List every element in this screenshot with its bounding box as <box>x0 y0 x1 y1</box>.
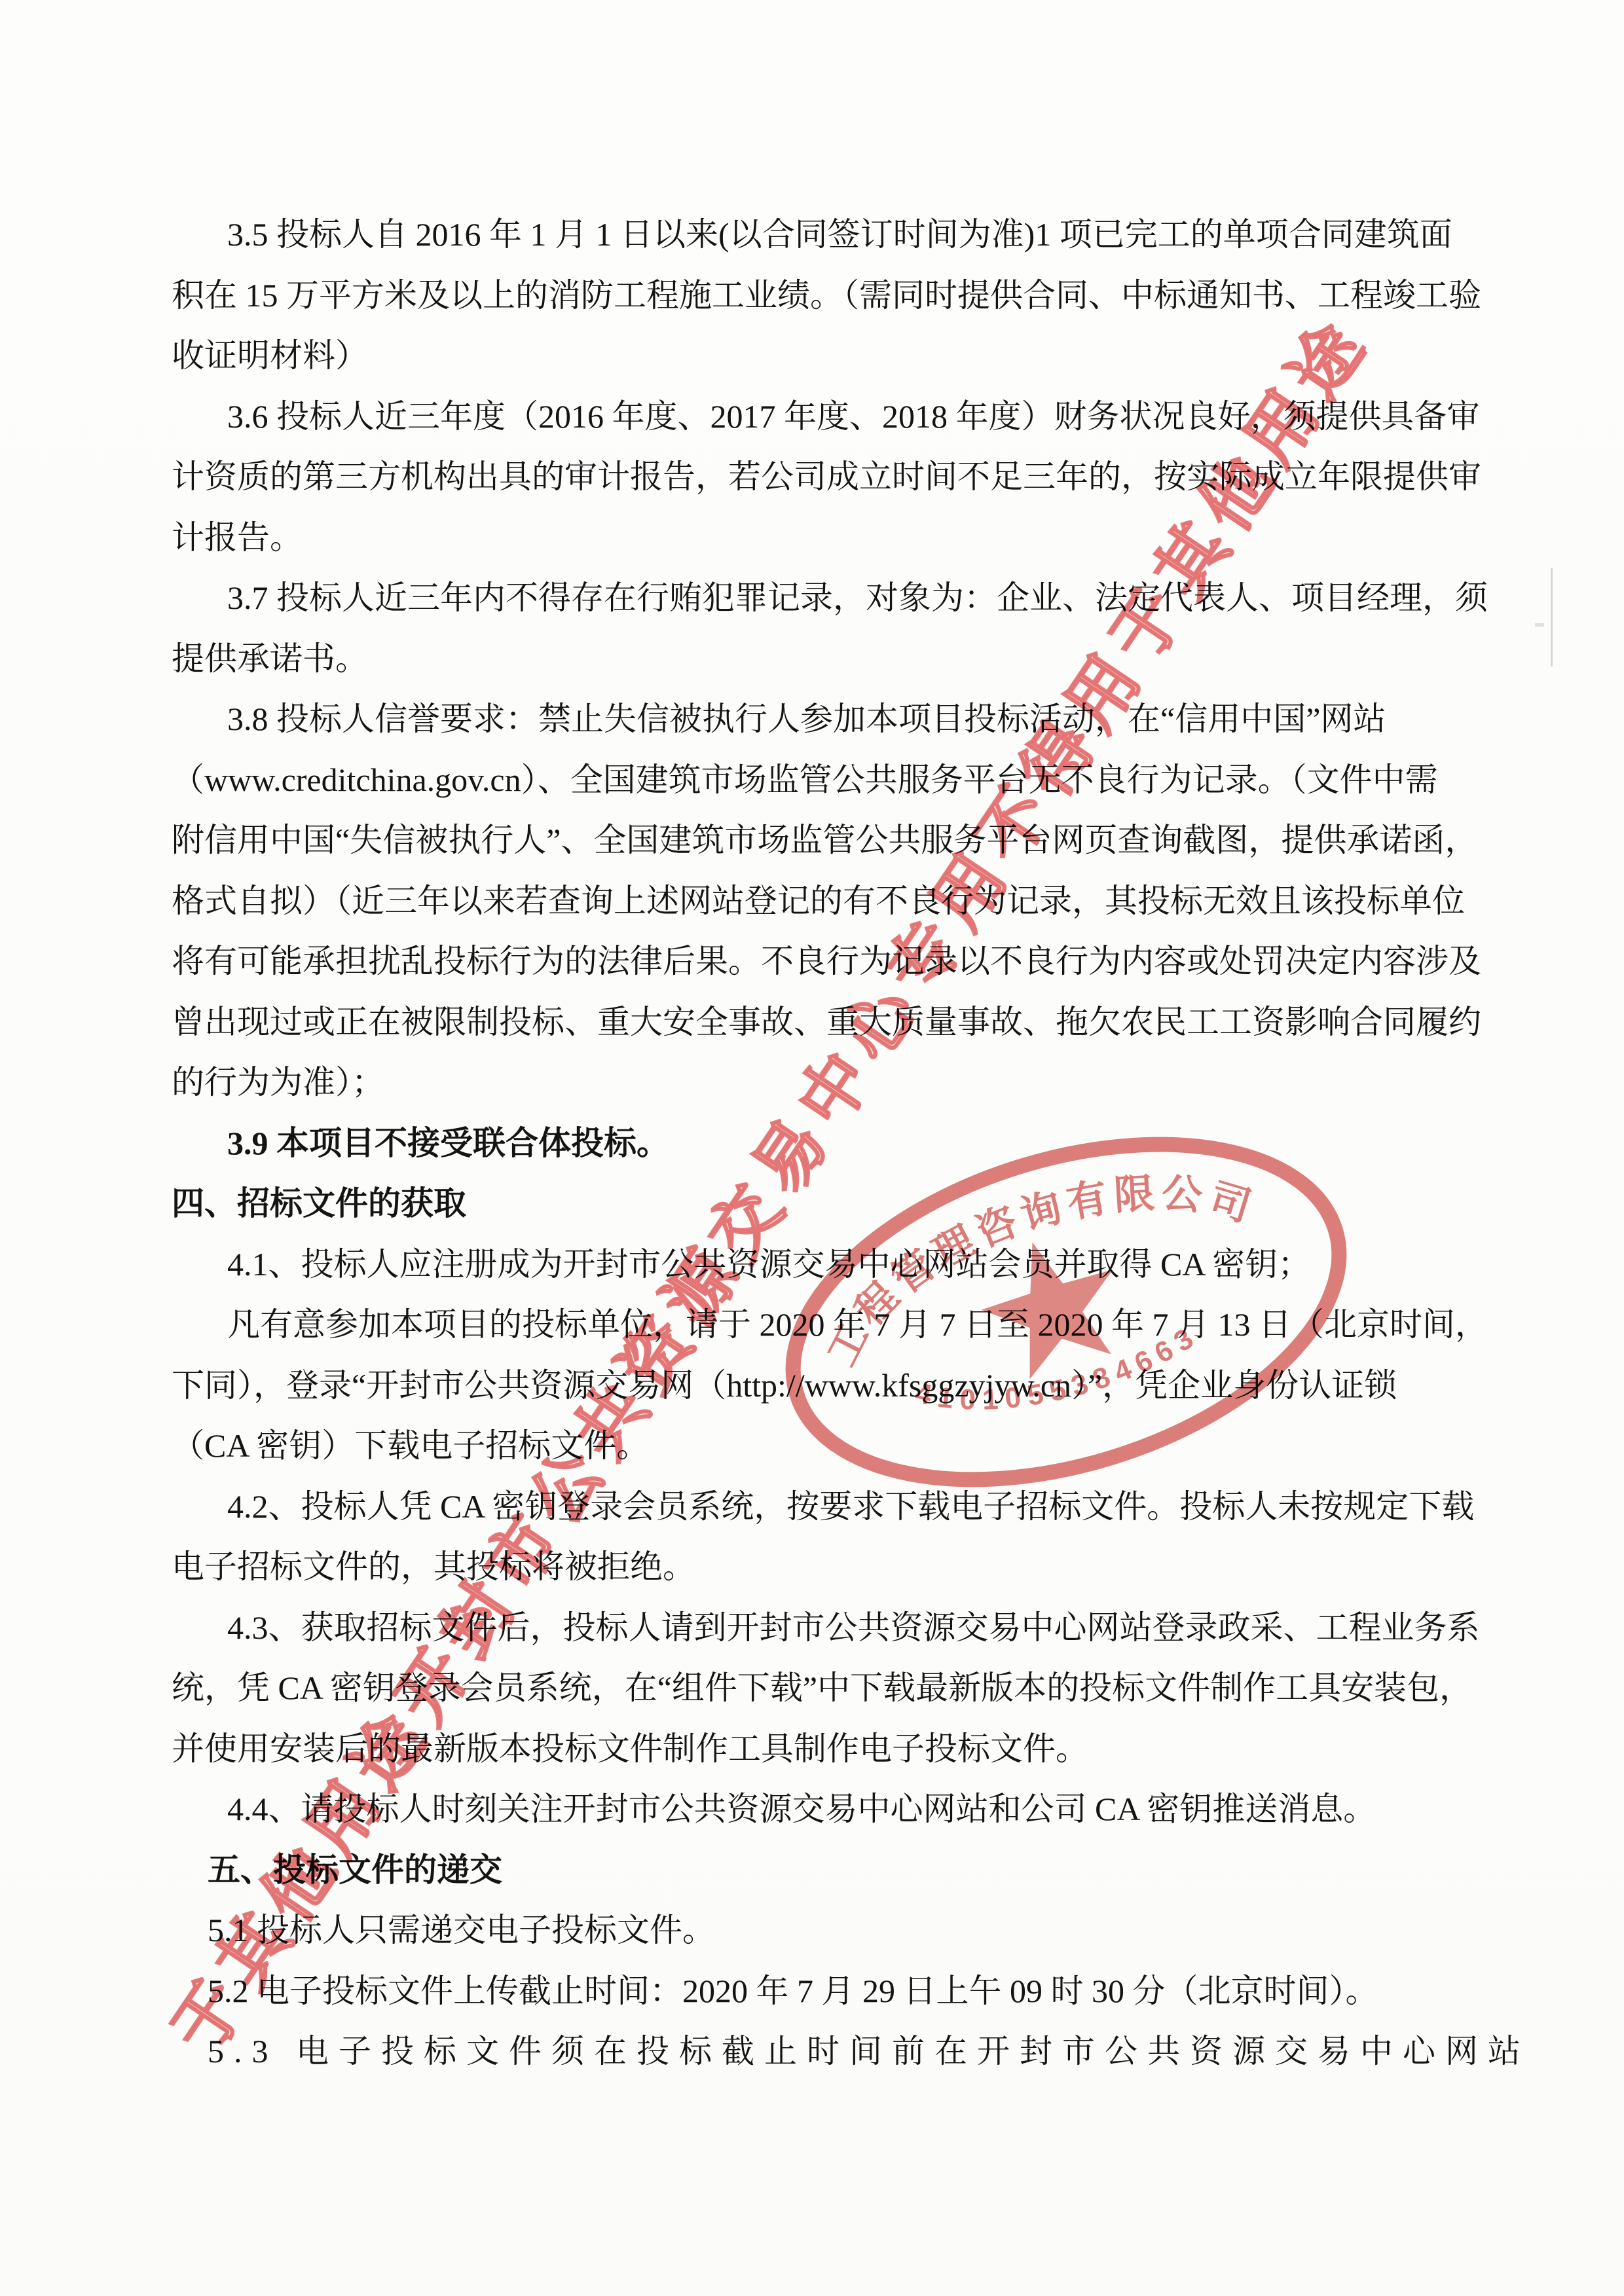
document-line: 并使用安装后的最新版本投标文件制作工具制作电子投标文件。 <box>172 1719 1452 1779</box>
document-line: 五、投标文件的递交 <box>172 1840 1452 1901</box>
document-line: 凡有意参加本项目的投标单位，请于 2020 年 7 月 7 日至 2020 年 … <box>172 1294 1452 1355</box>
document-line: 附信用中国“失信被执行人”、全国建筑市场监管公共服务平台网页查询截图，提供承诺函… <box>172 810 1452 871</box>
document-line: 积在 15 万平方米及以上的消防工程施工业绩。（需同时提供合同、中标通知书、工程… <box>172 265 1452 326</box>
document-line: 5.3 电子投标文件须在投标截止时间前在开封市公共资源交易中心网站 <box>172 2021 1452 2082</box>
document-line: 收证明材料） <box>172 325 1452 386</box>
document-line: 4.1、投标人应注册成为开封市公共资源交易中心网站会员并取得 CA 密钥； <box>172 1234 1452 1295</box>
document-line: （CA 密钥）下载电子招标文件。 <box>172 1415 1452 1476</box>
scan-artifact-dot <box>1535 623 1544 627</box>
document-line: 曾出现过或正在被限制投标、重大安全事故、重大质量事故、拖欠农民工工资影响合同履约 <box>172 992 1452 1053</box>
document-line: 电子招标文件的，其投标将被拒绝。 <box>172 1537 1452 1597</box>
document-line: 3.5 投标人自 2016 年 1 月 1 日以来(以合同签订时间为准)1 项已… <box>172 204 1452 265</box>
document-line: 4.2、投标人凭 CA 密钥登录会员系统，按要求下载电子招标文件。投标人未按规定… <box>172 1476 1452 1537</box>
document-line: 统，凭 CA 密钥登录会员系统，在“组件下载”中下载最新版本的投标文件制作工具安… <box>172 1658 1452 1719</box>
document-line: 3.7 投标人近三年内不得存在行贿犯罪记录，对象为：企业、法定代表人、项目经理，… <box>172 568 1452 629</box>
document-line: 下同），登录“开封市公共资源交易网（http://www.kfsggzyjyw.… <box>172 1355 1452 1416</box>
document-line: 4.3、获取招标文件后，投标人请到开封市公共资源交易中心网站登录政采、工程业务系 <box>172 1597 1452 1658</box>
document-line: 3.6 投标人近三年度（2016 年度、2017 年度、2018 年度）财务状况… <box>172 386 1452 447</box>
document-line: 格式自拟）（近三年以来若查询上述网站登记的有不良行为记录，其投标无效且该投标单位 <box>172 871 1452 932</box>
document-line: 提供承诺书。 <box>172 629 1452 689</box>
document-line: 的行为为准）； <box>172 1052 1452 1113</box>
page: 3.5 投标人自 2016 年 1 月 1 日以来(以合同签订时间为准)1 项已… <box>0 0 1624 2296</box>
document-line: 4.4、请投标人时刻关注开封市公共资源交易中心网站和公司 CA 密钥推送消息。 <box>172 1779 1452 1840</box>
document-line: 3.9 本项目不接受联合体投标。 <box>172 1113 1452 1174</box>
scan-artifact-line <box>1551 568 1553 666</box>
document-line: 3.8 投标人信誉要求：禁止失信被执行人参加本项目投标活动，在“信用中国”网站 <box>172 689 1452 750</box>
document-body: 3.5 投标人自 2016 年 1 月 1 日以来(以合同签订时间为准)1 项已… <box>172 204 1452 2082</box>
document-line: （www.creditchina.gov.cn）、全国建筑市场监管公共服务平台无… <box>172 750 1452 811</box>
document-line: 将有可能承担扰乱投标行为的法律后果。不良行为记录以不良行为内容或处罚决定内容涉及 <box>172 931 1452 992</box>
document-line: 5.1 投标人只需递交电子投标文件。 <box>172 1900 1452 1961</box>
document-line: 四、招标文件的获取 <box>172 1173 1452 1234</box>
document-line: 计资质的第三方机构出具的审计报告，若公司成立时间不足三年的，按实际成立年限提供审 <box>172 446 1452 507</box>
document-line: 计报告。 <box>172 507 1452 568</box>
document-line: 5.2 电子投标文件上传截止时间：2020 年 7 月 29 日上午 09 时 … <box>172 1961 1452 2022</box>
